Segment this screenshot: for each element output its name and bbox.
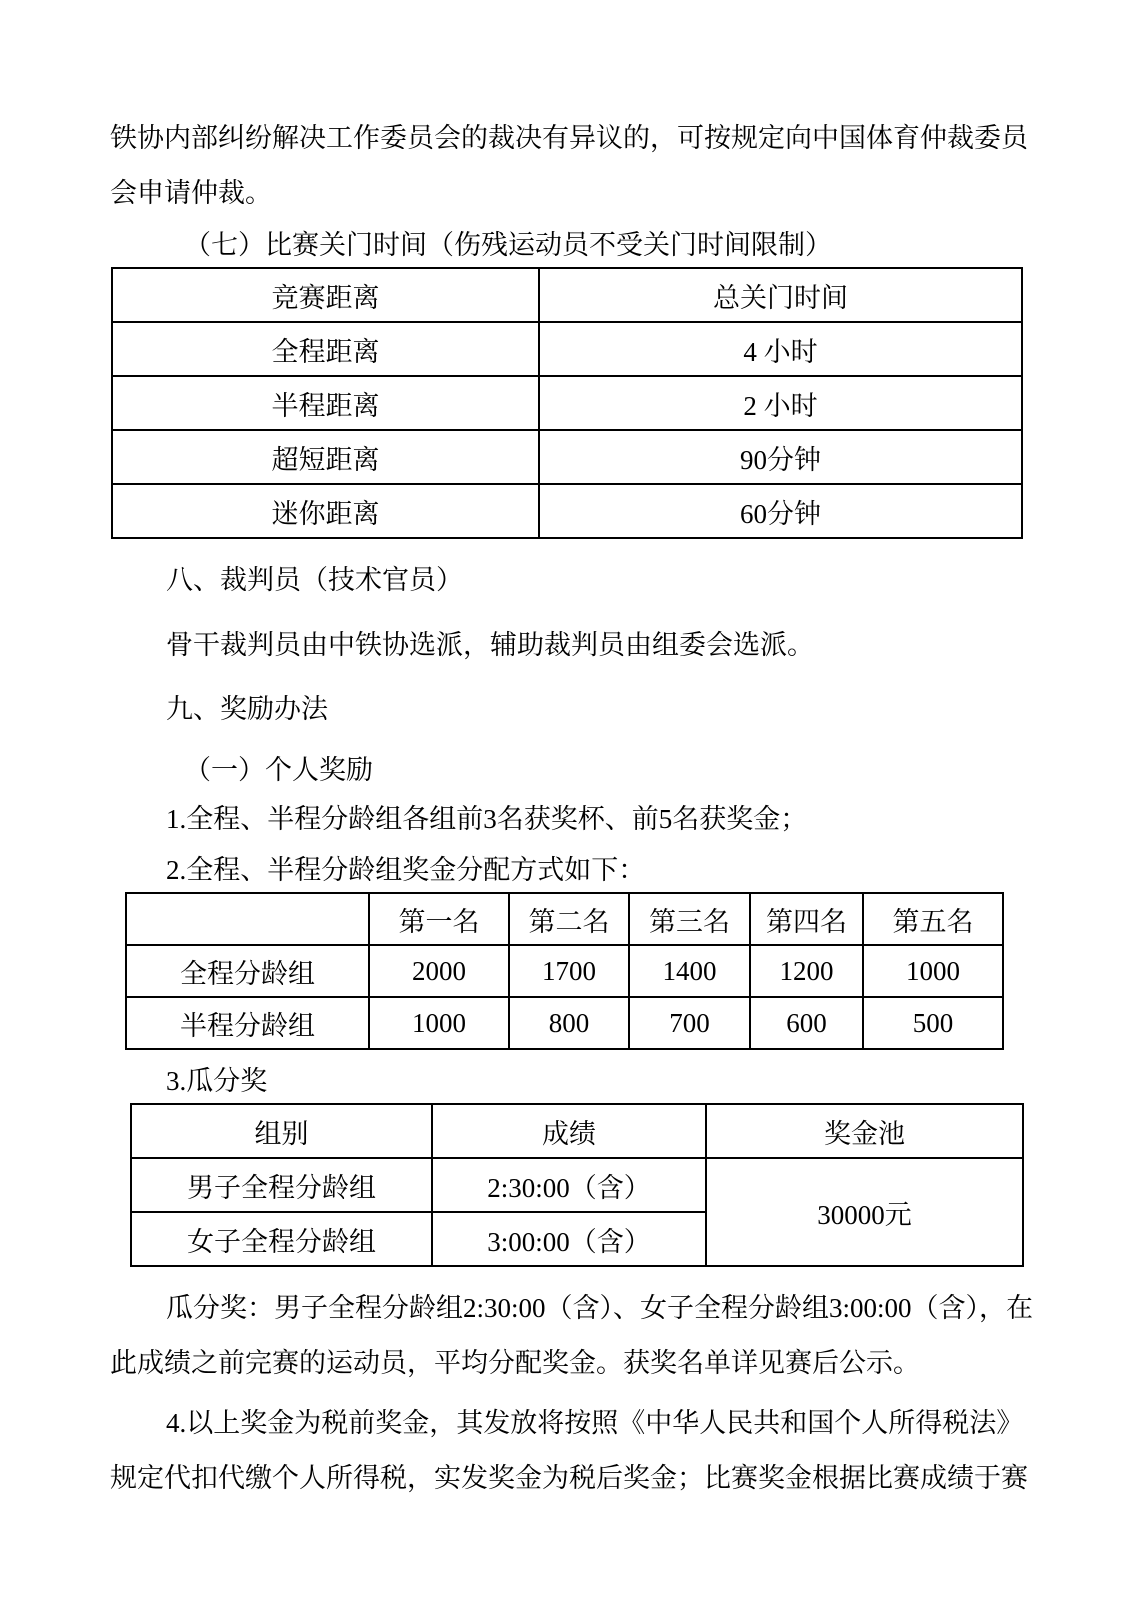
- race-distance-cell: 超短距离: [112, 430, 539, 484]
- group-name-cell: 男子全程分龄组: [131, 1158, 432, 1212]
- guafen-paragraph-line-1: 瓜分奖：男子全程分龄组2:30:00（含）、女子全程分龄组3:00:00（含），…: [110, 1281, 1028, 1336]
- prize-amount-cell: 1200: [750, 945, 863, 997]
- race-distance-cell: 半程距离: [112, 376, 539, 430]
- cutoff-row: 迷你距离 60分钟: [112, 484, 1022, 538]
- cutoff-row: 半程距离 2 小时: [112, 376, 1022, 430]
- race-distance-cell: 迷你距离: [112, 484, 539, 538]
- document-page: 铁协内部纠纷解决工作委员会的裁决有异议的，可按规定向中国体育仲裁委员 会申请仲裁…: [0, 0, 1131, 1600]
- group-name-cell: 女子全程分龄组: [131, 1212, 432, 1266]
- race-distance-cell: 全程距离: [112, 322, 539, 376]
- pool-header: 奖金池: [706, 1104, 1023, 1158]
- race-distance-header: 竞赛距离: [112, 268, 539, 322]
- award-item-2: 2.全程、半程分龄组奖金分配方式如下：: [110, 848, 1028, 892]
- prize-amount-cell: 2000: [369, 945, 509, 997]
- empty-header-cell: [126, 893, 369, 945]
- intro-line-1: 铁协内部纠纷解决工作委员会的裁决有异议的，可按规定向中国体育仲裁委员: [110, 111, 1028, 166]
- group-header: 组别: [131, 1104, 432, 1158]
- rank1-header: 第一名: [369, 893, 509, 945]
- cutoff-header-row: 竞赛距离 总关门时间: [112, 268, 1022, 322]
- section8-heading: 八、裁判员（技术官员）: [110, 558, 1028, 602]
- cutoff-row: 全程距离 4 小时: [112, 322, 1022, 376]
- award-item-4-line-1: 4.以上奖金为税前奖金，其发放将按照《中华人民共和国个人所得税法》: [110, 1396, 1028, 1451]
- prize-amount-cell: 800: [509, 997, 629, 1049]
- group-name-cell: 全程分龄组: [126, 945, 369, 997]
- cutoff-time-cell: 4 小时: [539, 322, 1022, 376]
- prize-amount-cell: 1000: [369, 997, 509, 1049]
- pool-header-row: 组别 成绩 奖金池: [131, 1104, 1023, 1158]
- result-header: 成绩: [432, 1104, 706, 1158]
- pool-row-men: 男子全程分龄组 2:30:00（含） 30000元: [131, 1158, 1023, 1212]
- rank3-header: 第三名: [629, 893, 750, 945]
- cutoff-time-table: 竞赛距离 总关门时间 全程距离 4 小时 半程距离 2 小时 超短距离 90分钟…: [111, 267, 1023, 539]
- guafen-paragraph-line-2: 此成绩之前完赛的运动员，平均分配奖金。获奖名单详见赛后公示。: [110, 1336, 1028, 1391]
- award-item-4-line-2: 规定代扣代缴个人所得税，实发奖金为税后奖金；比赛奖金根据比赛成绩于赛: [110, 1451, 1028, 1506]
- rank4-header: 第四名: [750, 893, 863, 945]
- award-item-3: 3.瓜分奖: [110, 1059, 1028, 1103]
- cutoff-row: 超短距离 90分钟: [112, 430, 1022, 484]
- cutoff-time-cell: 2 小时: [539, 376, 1022, 430]
- result-cell: 2:30:00（含）: [432, 1158, 706, 1212]
- cutoff-time-cell: 60分钟: [539, 484, 1022, 538]
- prize-amount-cell: 1700: [509, 945, 629, 997]
- prize-amount-cell: 600: [750, 997, 863, 1049]
- rank5-header: 第五名: [863, 893, 1003, 945]
- total-cutoff-header: 总关门时间: [539, 268, 1022, 322]
- document-content: 铁协内部纠纷解决工作委员会的裁决有异议的，可按规定向中国体育仲裁委员 会申请仲裁…: [110, 0, 1028, 1506]
- section8-body: 骨干裁判员由中铁协选派，辅助裁判员由组委会选派。: [110, 623, 1028, 667]
- prize-header-row: 第一名 第二名 第三名 第四名 第五名: [126, 893, 1003, 945]
- cutoff-time-cell: 90分钟: [539, 430, 1022, 484]
- prize-amount-cell: 700: [629, 997, 750, 1049]
- rank2-header: 第二名: [509, 893, 629, 945]
- individual-award-heading: （一）个人奖励: [110, 748, 1028, 792]
- intro-line-2: 会申请仲裁。: [110, 166, 1028, 221]
- prize-amount-cell: 500: [863, 997, 1003, 1049]
- section9-heading: 九、奖励办法: [110, 687, 1028, 731]
- prize-pool-table: 组别 成绩 奖金池 男子全程分龄组 2:30:00（含） 30000元 女子全程…: [130, 1103, 1024, 1267]
- section7-heading: （七）比赛关门时间（伤残运动员不受关门时间限制）: [110, 223, 1028, 267]
- result-cell: 3:00:00（含）: [432, 1212, 706, 1266]
- prize-distribution-table: 第一名 第二名 第三名 第四名 第五名 全程分龄组 2000 1700 1400…: [125, 892, 1004, 1050]
- prize-amount-cell: 1400: [629, 945, 750, 997]
- award-item-1: 1.全程、半程分龄组各组前3名获奖杯、前5名获奖金；: [110, 797, 1028, 841]
- prize-row-full: 全程分龄组 2000 1700 1400 1200 1000: [126, 945, 1003, 997]
- prize-amount-cell: 1000: [863, 945, 1003, 997]
- prize-row-half: 半程分龄组 1000 800 700 600 500: [126, 997, 1003, 1049]
- pool-amount-cell: 30000元: [706, 1158, 1023, 1266]
- group-name-cell: 半程分龄组: [126, 997, 369, 1049]
